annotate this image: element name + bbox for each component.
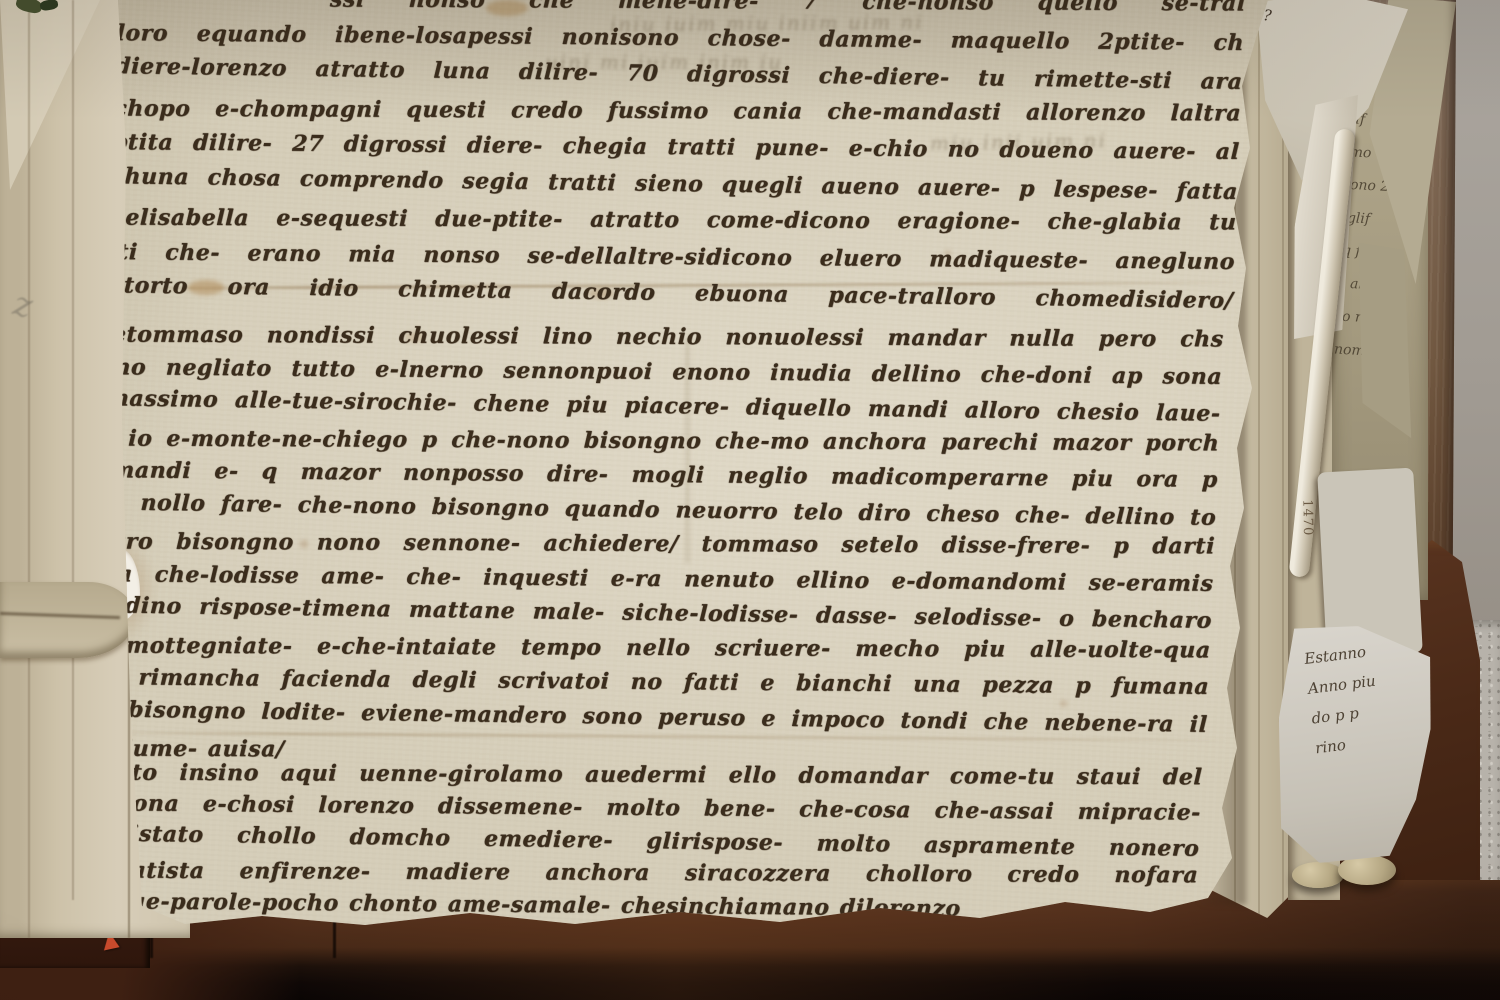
manuscript-line: che-mottegniate- e-che-intaiate tempo ne… (70, 628, 1211, 667)
manuscript-line: eseritto insino aqui uenne-girolamo aued… (57, 756, 1203, 794)
manuscript-photo: glifosmoono 2o glifq fralto rtunom 1470 … (0, 0, 1500, 1000)
paragraph-1: ssi nonso che mene-dire- 7 che-nonso que… (105, 0, 1246, 316)
page-fold (0, 0, 100, 200)
manuscript-line: daltro bisongno nono sennone- achiedere/… (75, 524, 1216, 563)
paragraph-3: eseritto insino aqui uenne-girolamo aued… (51, 754, 1202, 928)
manuscript-line: ra batista enfirenze- madiere anchora si… (53, 855, 1199, 893)
paper-bit (1292, 862, 1344, 888)
roll-date-label: 1470 (1299, 499, 1315, 536)
manuscript-line: Setommaso nondissi chuolessi lino nechio… (83, 312, 1224, 356)
pencil-mark: z (9, 283, 36, 326)
page-edge-line (28, 0, 30, 938)
torn-notch (0, 582, 135, 658)
paragraph-2: Setommaso nondissi chuolessi lino nechio… (66, 310, 1225, 773)
manuscript-line: chopo e-chompagni questi credo fussimo c… (113, 90, 1242, 131)
manuscript-line: ssi io e-monte-ne-chiego p che-nono biso… (79, 421, 1220, 460)
page-edge-line (72, 0, 74, 900)
paper-scrap-text: EstannoAnno piudo p prino (1303, 636, 1385, 763)
manuscript-line: nelisabella e-sequesti due-ptite- atratt… (108, 200, 1237, 241)
